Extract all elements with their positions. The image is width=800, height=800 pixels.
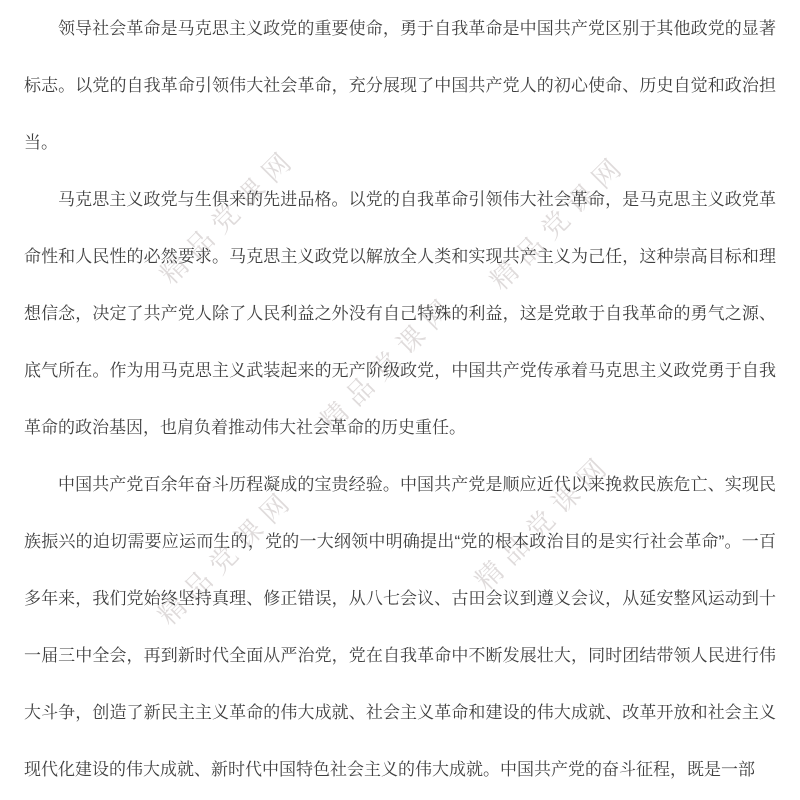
paragraph: 领导社会革命是马克思主义政党的重要使命，勇于自我革命是中国共产党区别于其他政党的…: [24, 0, 776, 171]
document-body: 领导社会革命是马克思主义政党的重要使命，勇于自我革命是中国共产党区别于其他政党的…: [0, 0, 800, 798]
paragraph: 中国共产党百余年奋斗历程凝成的宝贵经验。中国共产党是顺应近代以来挽救民族危亡、实…: [24, 456, 776, 798]
paragraph: 马克思主义政党与生俱来的先进品格。以党的自我革命引领伟大社会革命，是马克思主义政…: [24, 171, 776, 456]
document-page: 精品党课网精品党课网精品党课网精品党课网精品党课网 领导社会革命是马克思主义政党…: [0, 0, 800, 800]
